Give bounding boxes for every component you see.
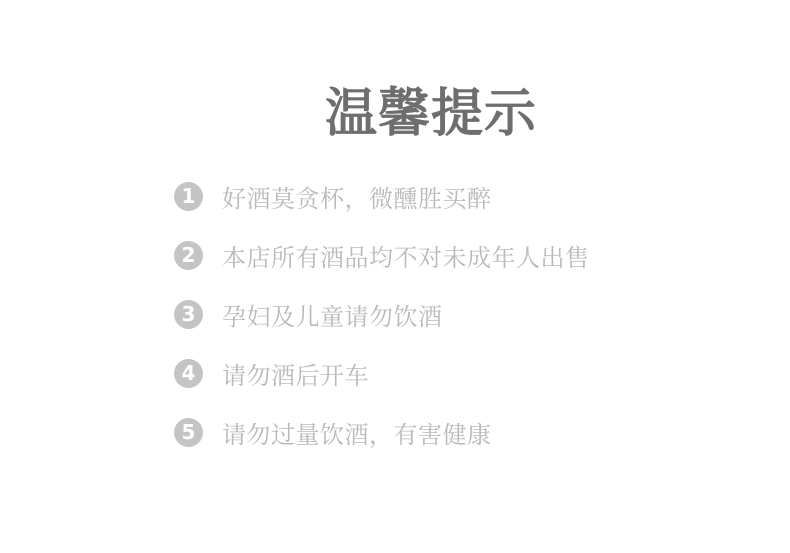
page-title: 温馨提示 <box>325 84 537 144</box>
number-badge-icon: 2 <box>174 241 203 270</box>
tip-text: 孕妇及儿童请勿饮酒 <box>222 297 443 332</box>
number-badge-icon: 3 <box>174 300 203 329</box>
tip-item: 2 本店所有酒品均不对未成年人出售 <box>174 238 590 272</box>
tip-item: 1 好酒莫贪杯，微醺胜买醉 <box>174 179 492 213</box>
tip-text: 请勿酒后开车 <box>222 356 369 391</box>
tip-text: 请勿过量饮酒，有害健康 <box>222 415 492 450</box>
tip-text: 好酒莫贪杯，微醺胜买醉 <box>222 179 492 214</box>
tip-item: 5 请勿过量饮酒，有害健康 <box>174 415 492 449</box>
number-badge-icon: 4 <box>174 359 203 388</box>
tip-text: 本店所有酒品均不对未成年人出售 <box>222 238 590 273</box>
number-badge-icon: 5 <box>174 418 203 447</box>
number-badge-icon: 1 <box>174 182 203 211</box>
tip-item: 4 请勿酒后开车 <box>174 356 369 390</box>
tip-item: 3 孕妇及儿童请勿饮酒 <box>174 297 443 331</box>
